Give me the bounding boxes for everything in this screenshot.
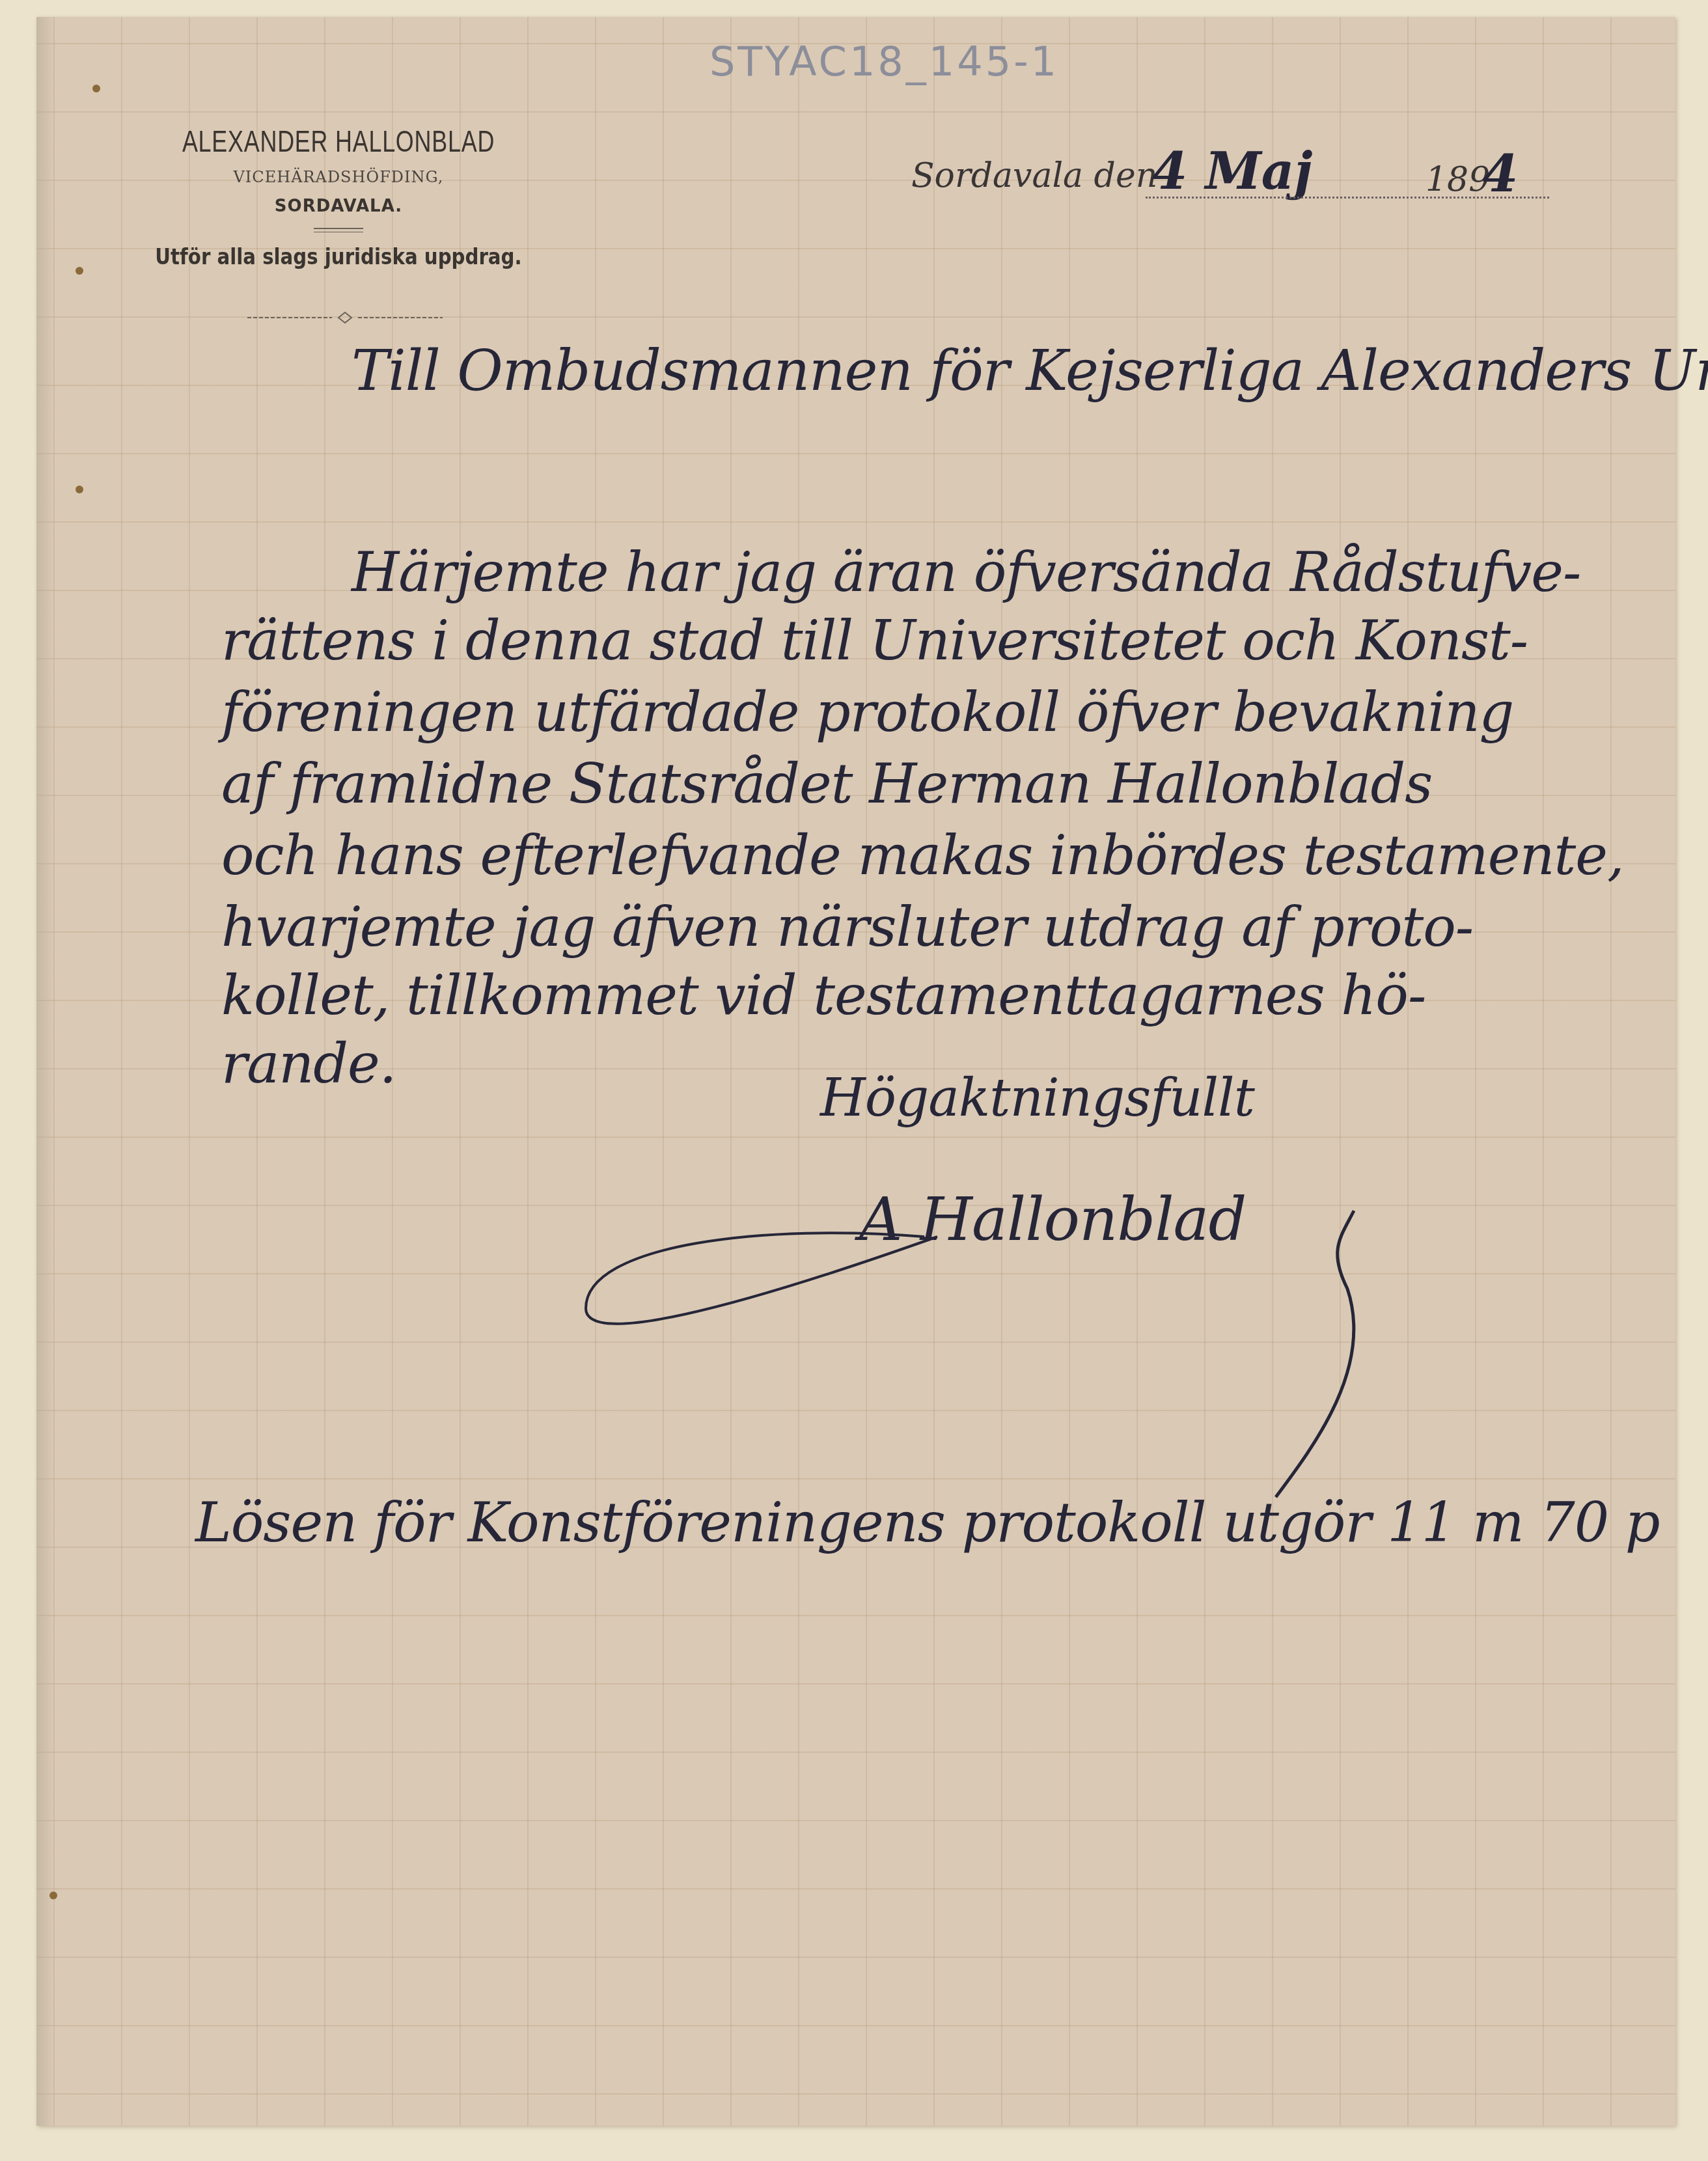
body-line: Härjemte har jag äran öfversända Rådstuf…: [351, 540, 1580, 604]
letterhead-title: VICEHÄRADSHÖFDING,: [130, 168, 547, 186]
punch-hole: [49, 1892, 57, 1899]
body-line: föreningen utfärdade protokoll öfver bev…: [221, 680, 1513, 744]
letterhead-name: ALEXANDER HALLONBLAD: [176, 124, 501, 159]
punch-hole: [92, 85, 100, 92]
punch-hole: [76, 486, 83, 493]
body-line: rättens i denna stad till Universitetet …: [221, 609, 1528, 672]
salutation: Till Ombudsmannen för Kejserliga Alexand…: [351, 338, 1708, 404]
body-line: af framlidne Statsrådet Herman Hallonbla…: [221, 752, 1432, 816]
signature: A Hallonblad: [859, 1185, 1246, 1254]
date-handwritten-year-digit: 4: [1483, 145, 1518, 204]
body-line: hvarjemte jag äfven närsluter utdrag af …: [221, 895, 1473, 959]
torn-left-edge: [36, 17, 55, 2126]
letterhead: ALEXANDER HALLONBLAD VICEHÄRADSHÖFDING, …: [130, 124, 547, 270]
date-printed-prefix: Sordavala den: [911, 156, 1157, 195]
archive-id-pencil: STYAC18_145-1: [709, 38, 1059, 85]
dateline: Sordavala den 4 Maj 189 4: [911, 156, 1562, 234]
postscript: Lösen för Konstföreningens protokoll utg…: [195, 1491, 1660, 1554]
closing: Högaktningsfullt: [820, 1067, 1254, 1128]
body-line: rande.: [221, 1032, 396, 1095]
date-handwritten-day-month: 4 Maj: [1152, 142, 1313, 201]
date-printed-year: 189: [1426, 160, 1490, 199]
body-line: och hans efterlefvande makas inbördes te…: [221, 823, 1624, 887]
letterhead-rule: [314, 228, 363, 232]
letterhead-tagline: Utför alla slags juridiska uppdrag.: [115, 244, 562, 270]
punch-hole: [76, 267, 83, 275]
letterhead-city: SORDAVALA.: [130, 197, 547, 216]
ornament-divider-icon: [247, 311, 443, 324]
body-line: kollet, tillkommet vid testamenttagarnes…: [221, 963, 1426, 1027]
